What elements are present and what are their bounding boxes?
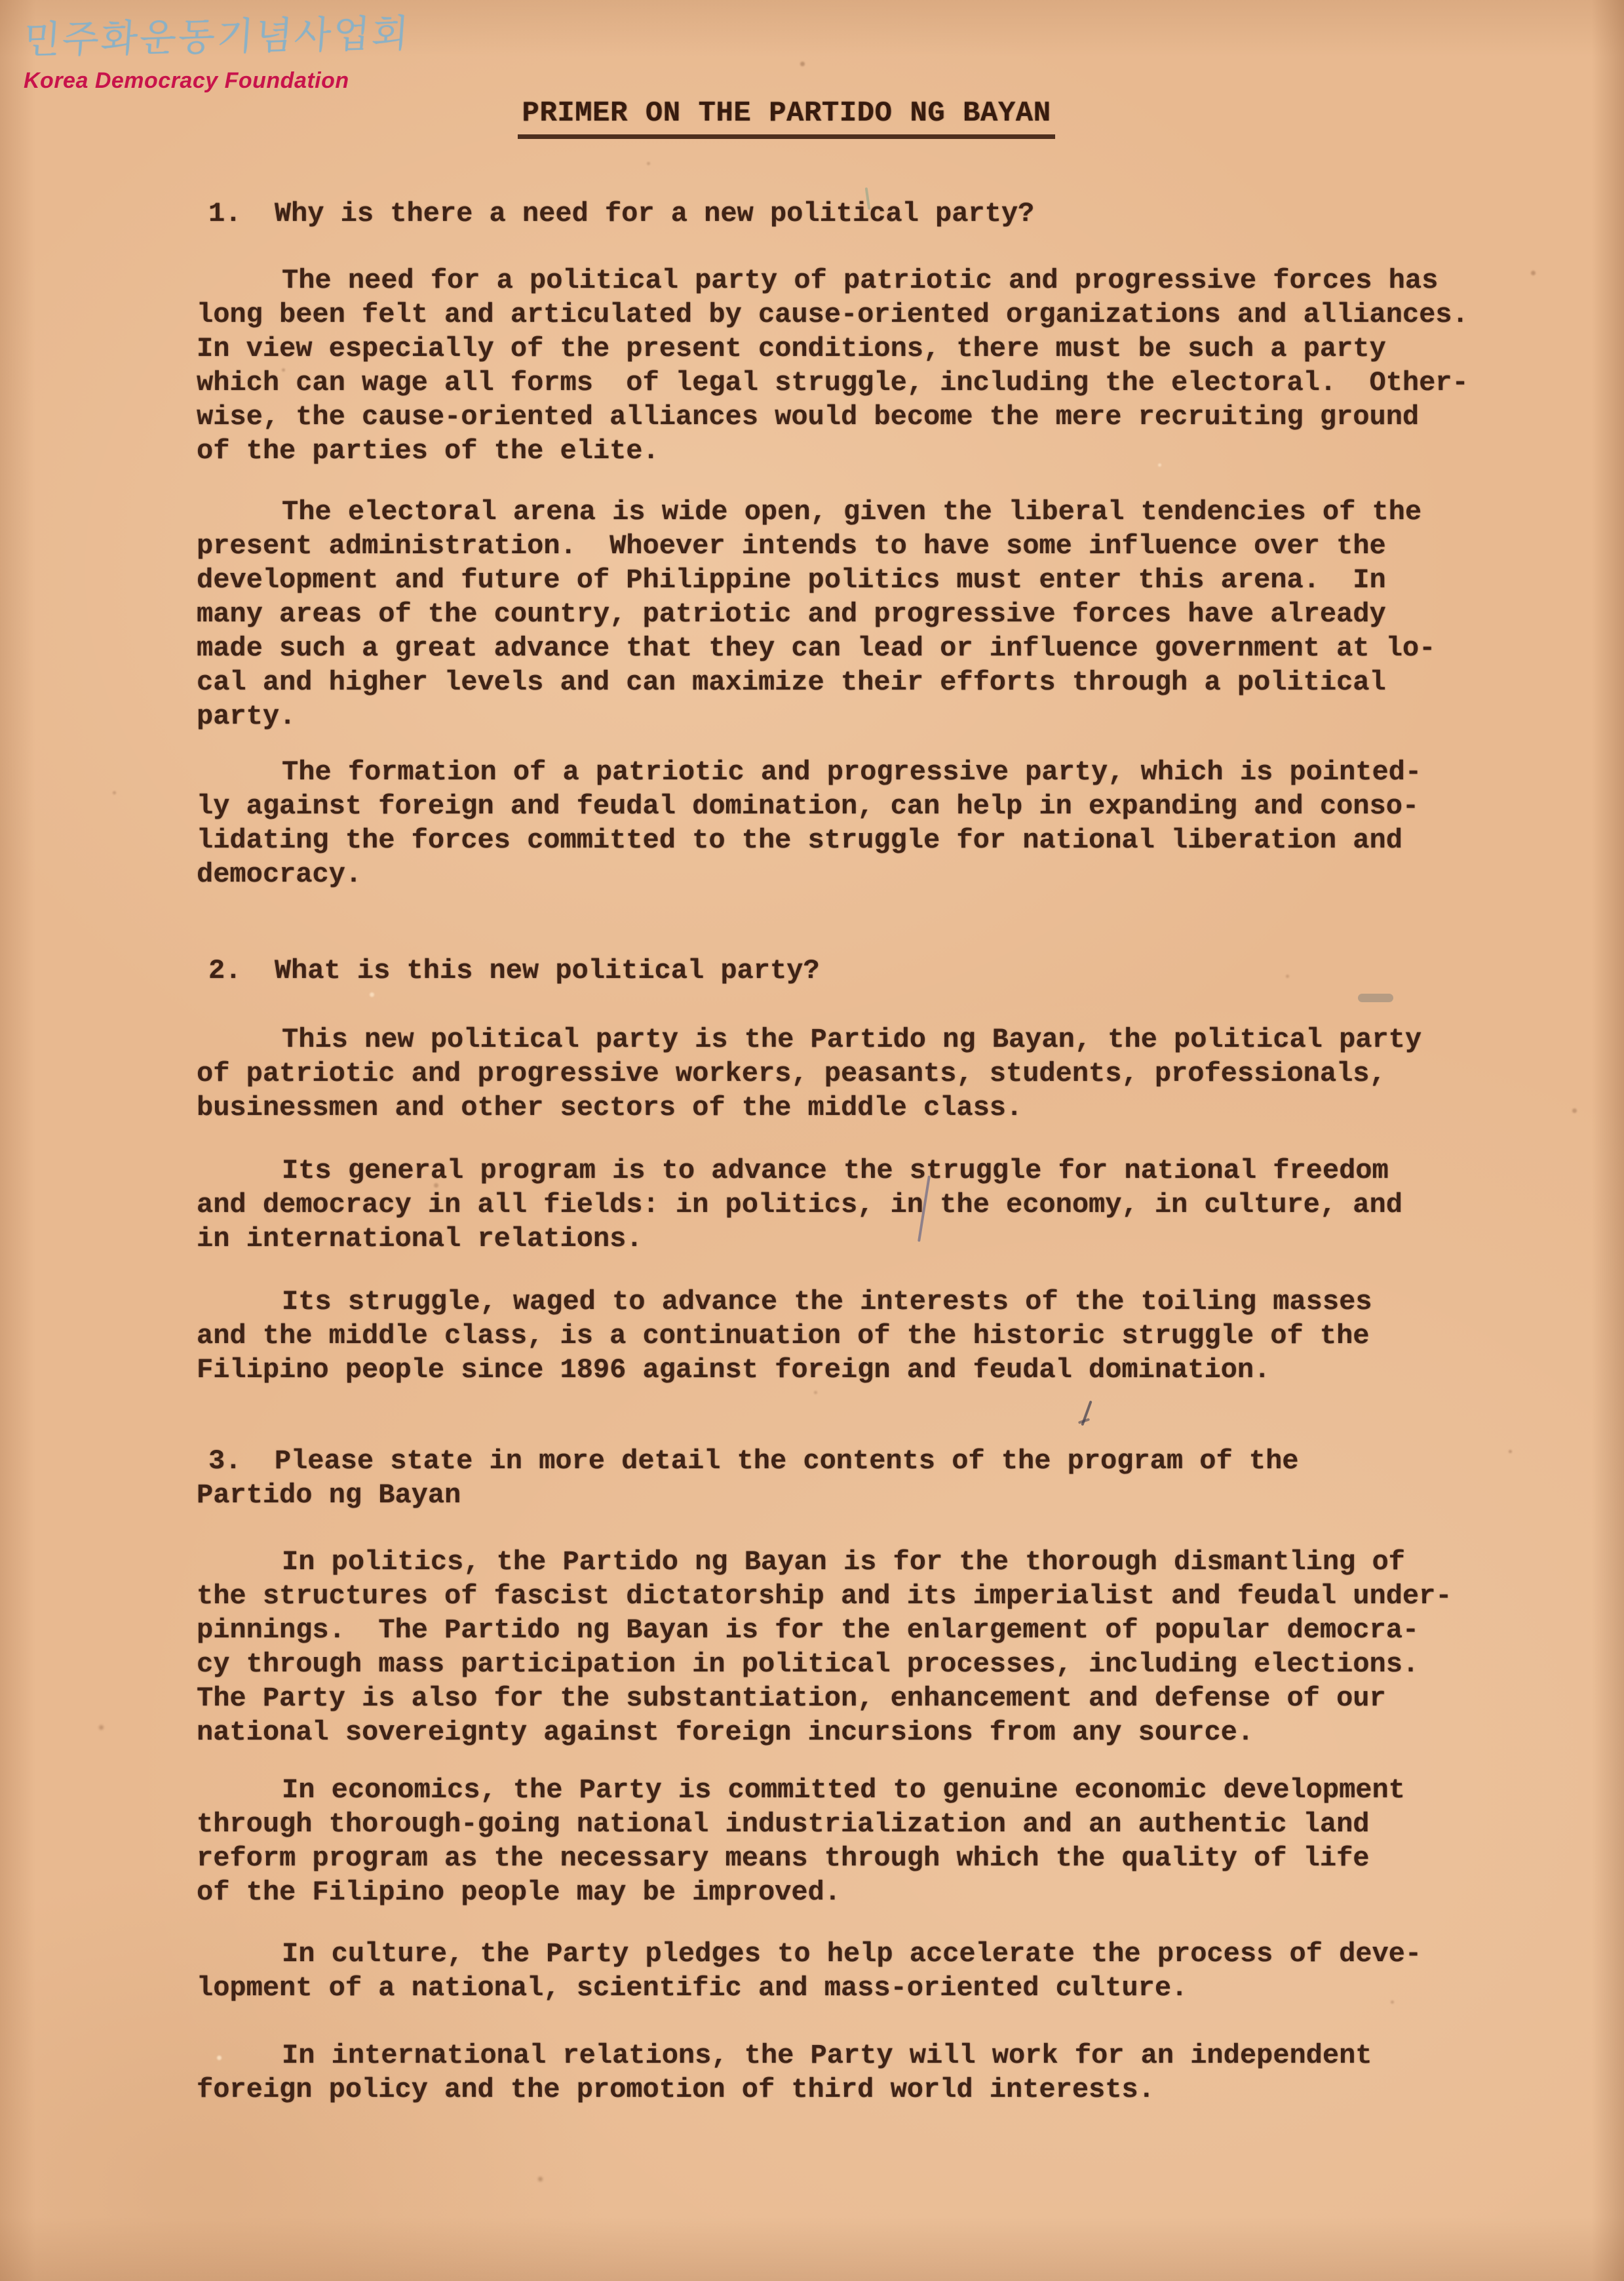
question-3-text: Please state in more detail the contents… — [197, 1445, 1299, 1511]
logo-korean-text: 민주화운동기념사업회 — [22, 12, 412, 62]
logo: 민주화운동기념사업회 Korea Democracy Foundation — [24, 18, 410, 94]
answer-1-paragraph-1: The need for a political party of patrio… — [197, 263, 1514, 468]
title-row: PRIMER ON THE PARTIDO NG BAYAN — [0, 97, 1573, 139]
answer-1-paragraph-3: The formation of a patriotic and progres… — [197, 755, 1514, 891]
answer-3-paragraph-1: In politics, the Partido ng Bayan is for… — [197, 1545, 1514, 1749]
ink-smudge-mark — [1358, 994, 1393, 1002]
question-3-number: 3. — [208, 1445, 241, 1477]
paper-specks — [0, 0, 3, 3]
answer-2-paragraph-1: This new political party is the Partido … — [197, 1023, 1514, 1125]
answer-2-paragraph-3: Its struggle, waged to advance the inter… — [197, 1285, 1514, 1387]
question-1-number: 1. — [208, 198, 241, 229]
question-3: 3. Please state in more detail the conte… — [197, 1444, 1514, 1512]
answer-1-paragraph-2: The electoral arena is wide open, given … — [197, 495, 1514, 733]
question-1-gap — [241, 198, 274, 229]
question-2-gap — [241, 955, 274, 986]
pen-check-tail — [1078, 1418, 1090, 1424]
answer-3-paragraph-3: In culture, the Party pledges to help ac… — [197, 1937, 1514, 2005]
question-3-gap — [241, 1445, 274, 1477]
page-title: PRIMER ON THE PARTIDO NG BAYAN — [518, 97, 1054, 139]
question-2: 2. What is this new political party? — [197, 954, 1514, 988]
answer-3-paragraph-2: In economics, the Party is committed to … — [197, 1773, 1514, 1909]
question-2-number: 2. — [208, 955, 241, 986]
question-1: 1. Why is there a need for a new politic… — [197, 197, 1514, 231]
question-2-text: What is this new political party? — [275, 955, 820, 986]
question-1-text: Why is there a need for a new political … — [275, 198, 1034, 229]
answer-2-paragraph-2: Its general program is to advance the st… — [197, 1154, 1514, 1256]
logo-english-text: Korea Democracy Foundation — [24, 68, 410, 94]
answer-3-paragraph-4: In international relations, the Party wi… — [197, 2038, 1514, 2107]
document-page: 민주화운동기념사업회 Korea Democracy Foundation PR… — [0, 0, 1624, 2281]
pen-check-mark — [1081, 1401, 1092, 1426]
